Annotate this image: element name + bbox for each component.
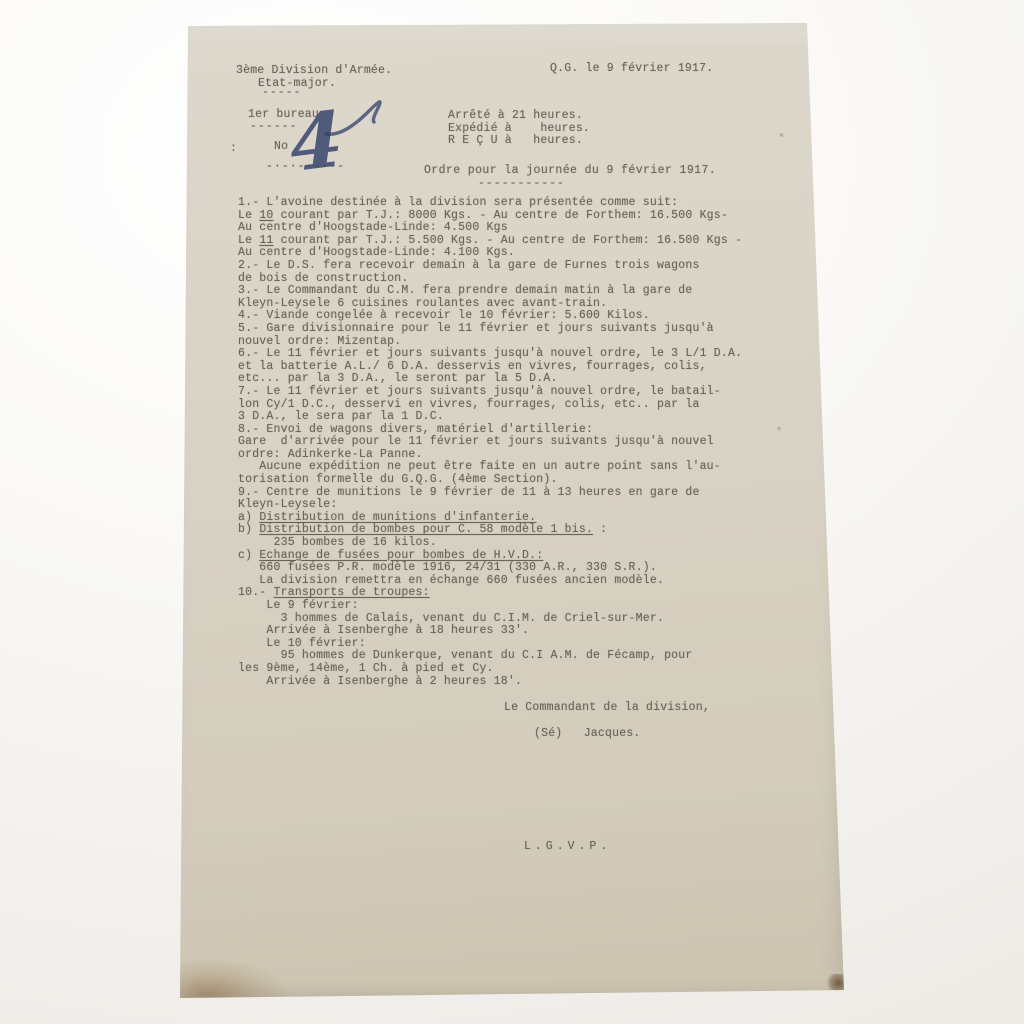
underlined-text: Echange de fusées pour bombes de H.V.D.: <box>259 549 543 562</box>
text: Le <box>238 209 259 222</box>
text: Kleyn-Leysele: <box>238 498 337 511</box>
underlined-text: Transports de troupes: <box>274 586 430 599</box>
title-dashes: ----------- <box>478 177 565 190</box>
paper-stain-bottom-right <box>826 974 852 992</box>
footer-initials: L.G.V.P. <box>524 840 611 853</box>
place-date: Q.G. le 9 février 1917. <box>550 62 713 75</box>
document-line: Arrivée à Isenberghe à 2 heures 18'. <box>238 676 742 689</box>
text: 1.- L'avoine destinée à la division sera… <box>238 196 678 209</box>
text: 95 hommes de Dunkerque, venant du C.I A.… <box>238 649 692 662</box>
signature-name: (Sé) Jacques. <box>534 728 641 741</box>
text: Le <box>238 234 259 247</box>
underlined-text: 11 <box>259 234 273 247</box>
paper-speck <box>778 133 785 137</box>
text: 10.- <box>238 586 274 599</box>
text: Kleyn-Leysele 6 cuisines roulantes avec … <box>238 297 607 310</box>
text: 9.- Centre de munitions le 9 février de … <box>238 486 700 499</box>
underlined-text: 10 <box>259 209 273 222</box>
text: 3.- Le Commandant du C.M. fera prendre d… <box>238 284 692 297</box>
text: lon Cy/1 D.C., desservi en vivres, fourr… <box>238 398 700 411</box>
text: b) <box>238 523 259 536</box>
order-title: Ordre pour la journée du 9 février 1917. <box>424 164 716 177</box>
text: de bois de construction. <box>238 272 408 285</box>
underlined-text: Distribution de bombes pour C. 58 modèle… <box>259 523 593 536</box>
paper-stain-bottom-left <box>180 958 290 1002</box>
order-body: 1.- L'avoine destinée à la division sera… <box>238 197 742 688</box>
text: et la batterie A.L./ 6 D.A. desservis en… <box>238 360 707 373</box>
text: Aucune expédition ne peut être faite en … <box>238 460 721 473</box>
text: 3 hommes de Calais, venant du C.I.M. de … <box>238 612 664 625</box>
text: 5.- Gare divisionnaire pour le 11 févrie… <box>238 322 714 335</box>
text: 660 fusées P.R. modèle 1916, 24/31 (330 … <box>238 561 657 574</box>
text: courant par T.J.: 8000 Kgs. - Au centre … <box>274 209 728 222</box>
paper-speck <box>776 426 782 431</box>
text: les 9ème, 14ème, 1 Ch. à pied et Cy. <box>238 662 494 675</box>
text: nouvel ordre: Mizentap. <box>238 335 401 348</box>
staff-dashes: ----- <box>262 86 302 99</box>
division-heading: 3ème Division d'Armée. <box>236 64 392 77</box>
document-paper: 3ème Division d'Armée. Q.G. le 9 février… <box>178 20 848 1002</box>
text: a) <box>238 511 259 524</box>
margin-mark: : <box>230 142 237 155</box>
photo-of-document: { "photo": { "background_color": "#f3f1e… <box>0 0 1024 1024</box>
stamp-line: Arrêté à 21 heures. <box>448 110 590 123</box>
text: 3 D.A., le sera par la 1 D.C. <box>238 410 444 423</box>
text: La division remettra en échange 660 fusé… <box>238 574 664 587</box>
text: Au centre d'Hoogstade-Linde: 4.500 Kgs <box>238 221 508 234</box>
stamp-block: Arrêté à 21 heures.Expédié à heures.R E … <box>448 110 590 148</box>
text: 7.- Le 11 février et jours suivants jusq… <box>238 385 721 398</box>
text: c) <box>238 549 259 562</box>
text: ordre: Adinkerke-La Panne. <box>238 448 423 461</box>
text: torisation formelle du G.Q.G. (4ème Sect… <box>238 473 558 486</box>
signature-title: Le Commandant de la division, <box>504 702 710 715</box>
stamp-line: R E Ç U à heures. <box>448 135 590 148</box>
order-number-label: No <box>274 140 288 153</box>
text: etc... par la 3 D.A., le seront par la 5… <box>238 372 558 385</box>
text: Au centre d'Hoogstade-Linde: 4.100 Kgs. <box>238 246 515 259</box>
text: Gare d'arrivée pour le 11 février et jou… <box>238 435 714 448</box>
text: 6.- Le 11 février et jours suivants jusq… <box>238 347 742 360</box>
text: Arrivée à Isenberghe à 2 heures 18'. <box>238 675 522 688</box>
text: courant par T.J.: 5.500 Kgs. - Au centre… <box>274 234 743 247</box>
handwritten-ink-flourish <box>324 94 402 142</box>
text: 8.- Envoi de wagons divers, matériel d'a… <box>238 423 593 436</box>
text: 4.- Viande congelée à recevoir le 10 fév… <box>238 309 650 322</box>
text: 235 bombes de 16 kilos. <box>238 536 437 549</box>
text: Le 9 février: <box>238 599 359 612</box>
text: Arrivée à Isenberghe à 18 heures 33'. <box>238 624 529 637</box>
text: Le 10 février: <box>238 637 366 650</box>
underlined-text: Distribution de munitions d'infanterie. <box>259 511 536 524</box>
text: 2.- Le D.S. fera recevoir demain à la ga… <box>238 259 700 272</box>
text: : <box>593 523 607 536</box>
